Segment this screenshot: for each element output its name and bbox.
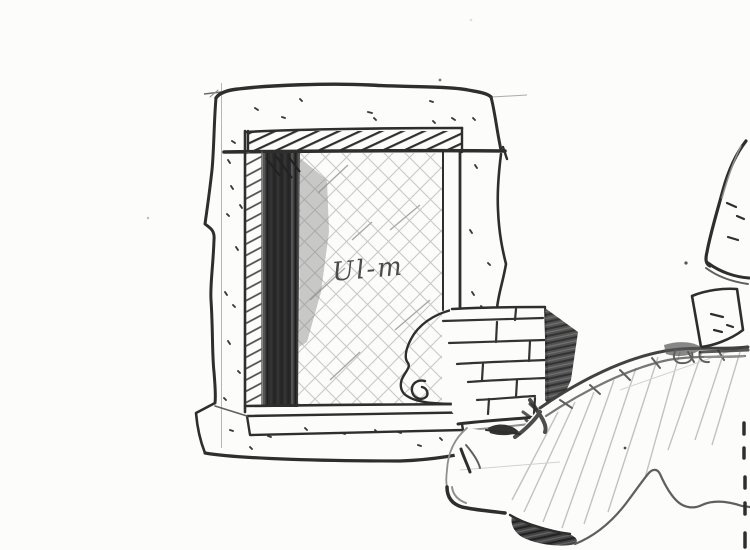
annotation-text: Ul-m: [331, 252, 405, 288]
handwritten-note: Ul-m: [331, 252, 405, 288]
left-jamb-hatching: [246, 152, 262, 406]
hatched-lintel: [248, 131, 462, 151]
sketch-svg: Ul-m: [0, 0, 750, 550]
pencil-sketch-drawing: Ul-m: [0, 0, 750, 550]
